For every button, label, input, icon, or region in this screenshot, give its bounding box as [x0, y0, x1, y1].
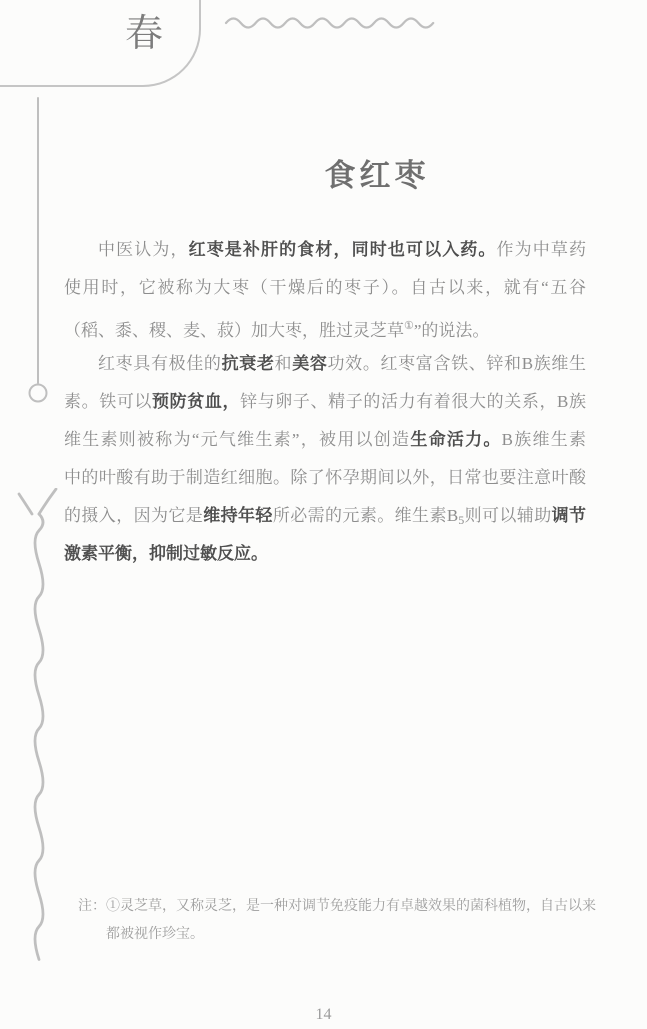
text-line: 红枣具有极佳的抗衰老和美容功效。红枣富含铁、锌和B族维生	[64, 345, 586, 383]
text-run: 则可以辅助	[464, 506, 551, 525]
text-run: 的摄入，因为它是	[64, 506, 203, 525]
stem-line-with-circle-icon	[26, 96, 50, 406]
season-label: 春	[114, 10, 174, 58]
text-line: 使用时，它被称为大枣（干燥后的枣子）。自古以来，就有“五谷	[64, 269, 586, 307]
text-run: 和	[275, 354, 293, 373]
text-run: 作为中草药	[497, 240, 586, 259]
text-run: 红枣是补肝的食材，同时也可以入药。	[189, 240, 497, 259]
text-line: 素。铁可以预防贫血，锌与卵子、精子的活力有着很大的关系，B族	[64, 383, 586, 421]
text-run: 维生素则被称为“元气维生素”，被用以创造	[64, 430, 410, 449]
footnote-line: 注：①灵芝草，又称灵芝，是一种对调节免疫能力有卓越效果的菌科植物，自古以来	[78, 893, 623, 921]
text-run: 生命活力。	[410, 430, 501, 449]
text-run: 所必需的元素。维生素B	[273, 506, 458, 525]
book-page: 春 食红枣 中医认为，红枣是补肝的食材，同时也可以入药。作为中草药使用时，它被称…	[0, 0, 647, 1029]
text-run: 美容	[292, 354, 327, 373]
wavy-line-vertical-icon	[12, 488, 64, 974]
text-run: ”的说法。	[414, 321, 490, 340]
text-run: 维持年轻	[203, 506, 273, 525]
text-run: 中的叶酸有助于制造红细胞。除了怀孕期间以外，日常也要注意叶酸	[64, 468, 586, 487]
text-line: 中医认为，红枣是补肝的食材，同时也可以入药。作为中草药	[64, 231, 586, 269]
text-run: 功效。红枣富含铁、锌和B族维生	[328, 354, 587, 373]
text-run: 中医认为，	[98, 240, 189, 259]
text-run: B族维生素	[502, 430, 586, 449]
text-run: 激素平衡，抑制过敏反应。	[64, 544, 268, 563]
body-text: 中医认为，红枣是补肝的食材，同时也可以入药。作为中草药使用时，它被称为大枣（干燥…	[64, 231, 586, 573]
text-run: 调节	[552, 506, 586, 525]
wavy-line-horizontal-icon	[224, 12, 436, 34]
text-line: 的摄入，因为它是维持年轻所必需的元素。维生素B5则可以辅助调节	[64, 497, 586, 535]
text-run: 预防贫血，	[152, 392, 240, 411]
text-run: 红枣具有极佳的	[98, 354, 222, 373]
footnote-line: 都被视作珍宝。	[106, 921, 623, 949]
page-number: 14	[0, 1006, 647, 1024]
text-run: 使用时，它被称为大枣（干燥后的枣子）。自古以来，就有“五谷	[64, 278, 586, 297]
page-title: 食红枣	[64, 150, 638, 195]
footnote-ref-superscript: ①	[404, 320, 414, 332]
text-line: 中的叶酸有助于制造红细胞。除了怀孕期间以外，日常也要注意叶酸	[64, 459, 586, 497]
text-line: 维生素则被称为“元气维生素”，被用以创造生命活力。B族维生素	[64, 421, 586, 459]
footnote: 注：①灵芝草，又称灵芝，是一种对调节免疫能力有卓越效果的菌科植物，自古以来都被视…	[78, 893, 623, 949]
text-line: （稻、黍、稷、麦、菽）加大枣，胜过灵芝草①”的说法。	[64, 307, 586, 345]
text-line: 激素平衡，抑制过敏反应。	[64, 535, 586, 573]
text-run: 素。铁可以	[64, 392, 152, 411]
text-run: 锌与卵子、精子的活力有着很大的关系，B族	[240, 392, 586, 411]
text-run: 抗衰老	[222, 354, 275, 373]
text-run: （稻、黍、稷、麦、菽）加大枣，胜过灵芝草	[64, 321, 404, 340]
